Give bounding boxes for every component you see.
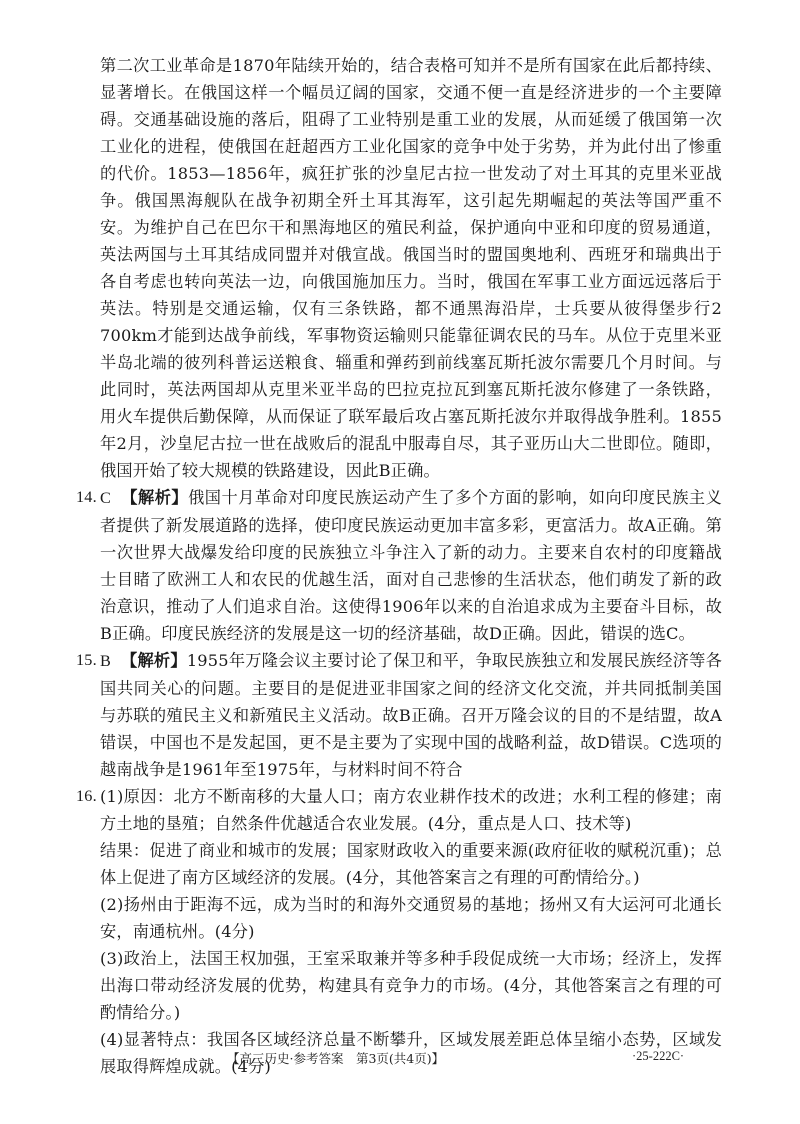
analysis-text: 1955年万隆会议主要讨论了保卫和平，争取民族独立和发展民族经济等各国共同关心的… xyxy=(100,651,722,779)
analysis-tag: 【解析】 xyxy=(121,651,187,670)
footer-title: 【高三历史·参考答案 第3页(共4页)】 xyxy=(227,1049,444,1067)
question-number: 14. xyxy=(76,484,97,511)
q16-part-1-results: 结果：促进了商业和城市的发展；国家财政收入的重要来源(政府征收的赋税沉重)；总体… xyxy=(100,837,722,891)
q16-part-2: (2)扬州由于距海不远，成为当时的和海外交通贸易的基地；扬州又有大运河可北通长安… xyxy=(100,891,722,945)
question-16-answer: 16. (1)原因：北方不断南移的大量人口；南方农业耕作技术的改进；水利工程的修… xyxy=(100,783,722,1080)
analysis-text: 俄国十月革命对印度民族运动产生了多个方面的影响，如向印度民族主义者提供了新发展道… xyxy=(100,488,722,643)
q13-continuation-paragraph: 第二次工业革命是1870年陆续开始的，结合表格可知并不是所有国家在此后都持续、显… xyxy=(100,52,722,484)
answer-letter: C xyxy=(100,489,111,507)
q16-part-3: (3)政治上，法国王权加强，王室采取兼并等多种手段促成统一大市场；经济上，发挥出… xyxy=(100,945,722,1026)
answer-letter: B xyxy=(100,652,111,670)
answer-key-page: 第二次工业革命是1870年陆续开始的，结合表格可知并不是所有国家在此后都持续、显… xyxy=(0,0,800,1124)
question-number: 16. xyxy=(76,783,97,810)
q16-part-1-reasons: (1)原因：北方不断南移的大量人口；南方农业耕作技术的改进；水利工程的修建；南方… xyxy=(100,783,722,837)
footer-code: ·25-222C· xyxy=(632,1049,684,1064)
analysis-tag: 【解析】 xyxy=(121,488,188,507)
question-14-answer: 14. C【解析】俄国十月革命对印度民族运动产生了多个方面的影响，如向印度民族主… xyxy=(100,484,722,647)
page-content: 第二次工业革命是1870年陆续开始的，结合表格可知并不是所有国家在此后都持续、显… xyxy=(100,52,722,1080)
question-15-answer: 15. B【解析】1955年万隆会议主要讨论了保卫和平，争取民族独立和发展民族经… xyxy=(100,647,722,783)
question-number: 15. xyxy=(76,647,97,674)
page-footer: 【高三历史·参考答案 第3页(共4页)】 ·25-222C· xyxy=(0,1049,800,1069)
